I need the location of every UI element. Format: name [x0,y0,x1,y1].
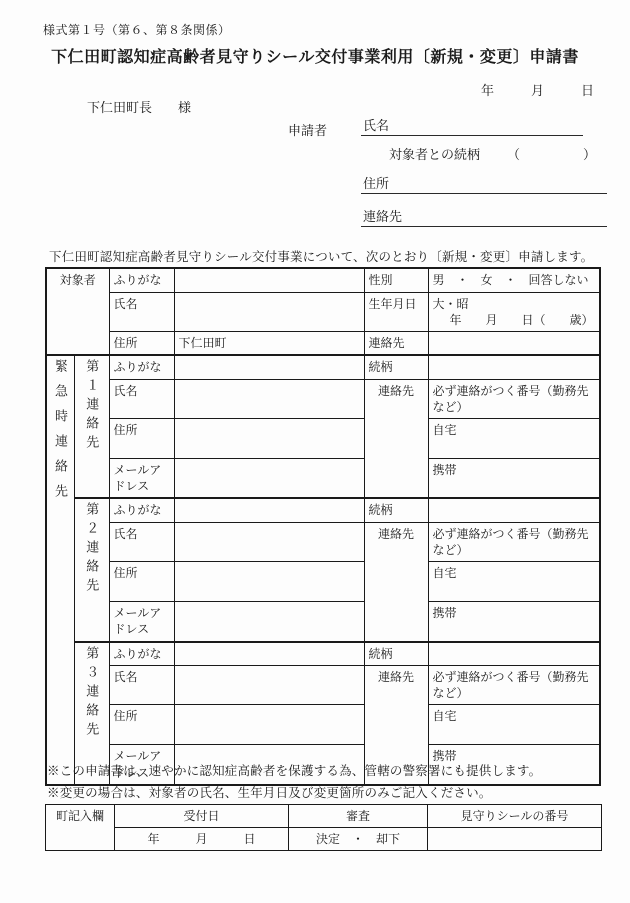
contact2-email-label: メールアドレス [109,602,174,642]
contact1-relation-input [428,355,600,379]
subject-contact-input [428,331,600,355]
contact1-furigana-input [174,355,364,379]
contact2-home-label: 自宅 [428,562,600,602]
applicant-address-label: 住所 [363,176,389,191]
contact2-address-label: 住所 [109,562,174,602]
date-month-label: 月 [531,80,544,99]
page-title: 下仁田町認知症高齢者見守りシール交付事業利用〔新規・変更〕申請書 [0,44,630,67]
applicant-contact-label: 連絡先 [363,209,402,224]
subject-label: 対象者 [46,268,109,355]
applicant-label: 申請者 [288,120,327,139]
subject-birth-era: 大・昭 [433,296,596,312]
contact2-furigana-input [174,498,364,522]
subject-furigana-label: ふりがな [109,268,174,292]
contact3-home-label: 自宅 [428,705,600,745]
contact3-address-input [174,705,364,745]
subject-name-label: 氏名 [109,292,174,331]
contact1-relation-label: 続柄 [364,355,428,379]
contact1-home-label: 自宅 [428,418,600,458]
application-form-page: 様式第１号（第６、第８条関係） 下仁田町認知症高齢者見守りシール交付事業利用〔新… [0,0,630,903]
contact3-furigana-label: ふりがな [109,642,174,666]
contact3-relation-input [428,642,600,666]
date-year-label: 年 [481,80,494,99]
subject-name-input [174,292,364,331]
contact2-relation-label: 続柄 [364,498,428,522]
contact1-contact-label: 連絡先 [364,379,428,498]
contact1-email-input [174,458,364,498]
main-table: 対象者 ふりがな 性別 男 ・ 女 ・ 回答しない 氏名 生年月日 大・昭 年 … [45,267,601,786]
subject-contact-label: 連絡先 [364,331,428,355]
office-seal-number-input [428,828,602,851]
note-police: ※この申請書は、速やかに認知症高齢者を保護する為、管轄の警察署にも提供します。 [47,761,541,779]
contact3-name-label: 氏名 [109,666,174,705]
contact1-block-label: 第１連絡先 [74,355,109,498]
subject-furigana-input [174,268,364,292]
contact2-block-label: 第２連絡先 [74,498,109,641]
subject-birth-label: 生年月日 [364,292,428,331]
contact3-relation-label: 続柄 [364,642,428,666]
contact3-phone-note: 必ず連絡がつく番号（勤務先など） [428,666,600,705]
office-seal-number-label: 見守りシールの番号 [428,805,602,828]
contact3-name-input [174,666,364,705]
contact1-address-input [174,418,364,458]
applicant-address-field: 住所 [361,176,607,194]
applicant-relation-line: 対象者との続柄 （ ） [389,144,596,163]
subject-birth-date: 年 月 日（ 歳） [450,312,596,328]
office-use-table: 町記入欄 受付日 審査 見守りシールの番号 年 月 日 決定 ・ 却下 [45,804,602,851]
contact1-name-label: 氏名 [109,379,174,418]
contact2-name-label: 氏名 [109,522,174,561]
contact2-mobile-label: 携帯 [428,602,600,642]
date-day-label: 日 [581,80,594,99]
contact1-mobile-label: 携帯 [428,458,600,498]
applicant-name-field: 氏名 [361,118,583,136]
contact1-address-label: 住所 [109,418,174,458]
office-label: 町記入欄 [46,805,115,851]
office-reception-label: 受付日 [115,805,289,828]
contact3-address-label: 住所 [109,705,174,745]
office-review-options: 決定 ・ 却下 [289,828,428,851]
intro-sentence: 下仁田町認知症高齢者見守りシール交付事業について、次のとおり〔新規・変更〕申請し… [49,247,593,265]
office-review-label: 審査 [289,805,428,828]
contact1-phone-note: 必ず連絡がつく番号（勤務先など） [428,379,600,418]
contact1-furigana-label: ふりがな [109,355,174,379]
addressee: 下仁田町長 様 [87,97,191,116]
relation-paren-close: ） [583,144,596,163]
contact2-email-input [174,602,364,642]
office-reception-date: 年 月 日 [115,828,289,851]
subject-birth-cell: 大・昭 年 月 日（ 歳） [428,292,600,331]
subject-gender-label: 性別 [364,268,428,292]
contact2-furigana-label: ふりがな [109,498,174,522]
relation-paren-open: （ [507,144,520,163]
contact2-relation-input [428,498,600,522]
contact1-name-input [174,379,364,418]
form-number: 様式第１号（第６、第８条関係） [43,21,231,38]
subject-address-value: 下仁田町 [174,331,364,355]
contact1-email-label: メールアドレス [109,458,174,498]
emergency-section-label: 緊急時連絡先 [46,355,74,785]
subject-address-label: 住所 [109,331,174,355]
contact2-contact-label: 連絡先 [364,522,428,641]
contact3-furigana-input [174,642,364,666]
contact2-phone-note: 必ず連絡がつく番号（勤務先など） [428,522,600,561]
subject-gender-options: 男 ・ 女 ・ 回答しない [428,268,600,292]
note-change: ※変更の場合は、対象者の氏名、生年月日及び変更箇所のみご記入ください。 [47,783,492,801]
applicant-name-label: 氏名 [363,118,389,133]
contact2-address-input [174,562,364,602]
applicant-contact-field: 連絡先 [361,209,607,227]
applicant-relation-label: 対象者との続柄 [389,144,480,163]
contact2-name-input [174,522,364,561]
